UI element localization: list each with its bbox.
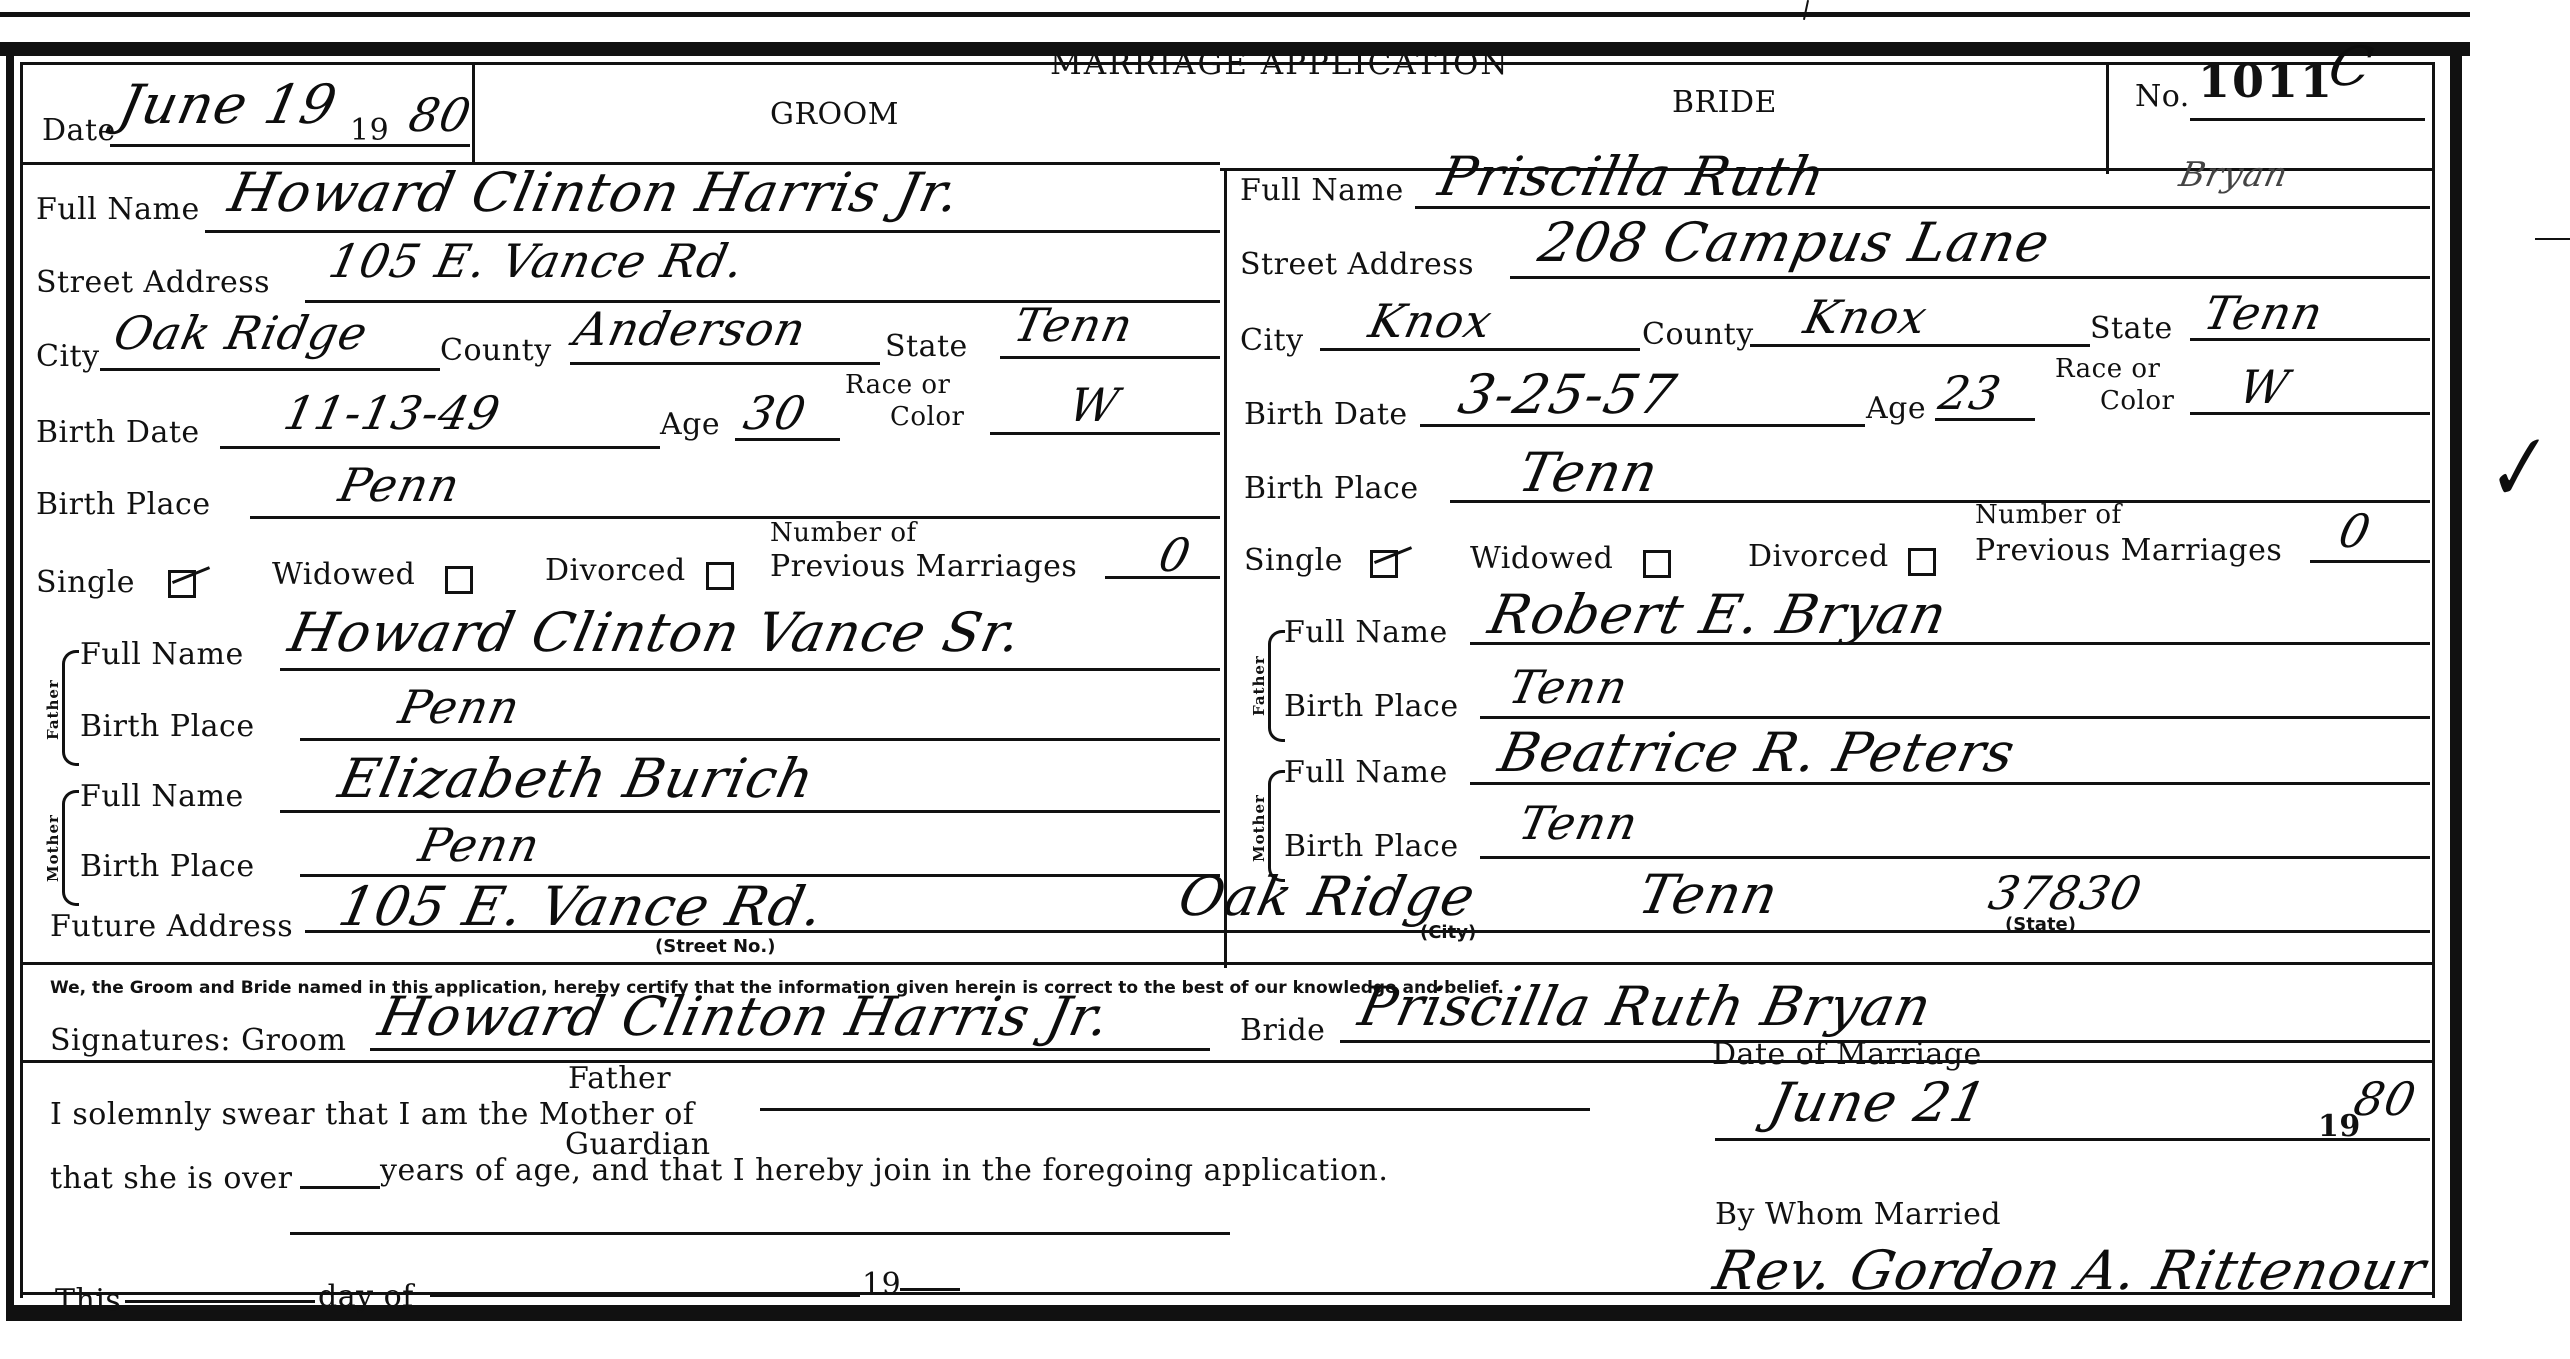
groom-age-line [735, 438, 840, 441]
date-underline [110, 144, 470, 147]
date-year-prefix: 19 [350, 116, 389, 146]
future-address-line [305, 930, 2430, 933]
bride-father-full-name-label: Full Name [1284, 618, 1448, 648]
street-no-caption: (Street No.) [655, 936, 775, 957]
form-inner-border-left [20, 62, 23, 1298]
groom-father-birth-place-line [300, 738, 1220, 741]
groom-mother-full-name-line [280, 810, 1220, 813]
signatures-bottom-border [20, 1060, 2435, 1063]
groom-race-label-2: Color [890, 404, 964, 430]
date-of-marriage-value: June 21 [1764, 1076, 1992, 1130]
future-address-label: Future Address [50, 912, 293, 942]
groom-father-full-name: Howard Clinton Vance Sr. [284, 606, 1026, 660]
bride-birth-date: 3-25-57 [1454, 368, 1681, 422]
by-whom-married-label: By Whom Married [1715, 1200, 2001, 1230]
date-of-marriage-year: 80 [2350, 1076, 2420, 1122]
groom-divorced-label: Divorced [545, 556, 686, 586]
groom-father-full-name-line [280, 668, 1220, 671]
form-title: MARRIAGE APPLICATION [1050, 46, 1510, 82]
groom-prev-marriages-label-1: Number of [770, 520, 917, 546]
groom-county: Anderson [570, 306, 810, 352]
groom-father-birth-place-label: Birth Place [80, 712, 255, 742]
bride-divorced-checkbox[interactable] [1908, 548, 1936, 576]
margin-dash-mark [2535, 238, 2570, 240]
bride-county-label: County [1642, 320, 1754, 350]
groom-birth-date-line [220, 446, 660, 449]
bride-age-label: Age [1866, 394, 1926, 424]
bride-mother-birth-place-line [1480, 856, 2430, 859]
number-underline [2190, 118, 2425, 121]
groom-father-birth-place: Penn [395, 684, 524, 730]
bride-mother-side-label: Mother [1250, 794, 1268, 862]
bride-birth-place: Tenn [1514, 446, 1663, 500]
groom-full-name: Howard Clinton Harris Jr. [224, 166, 965, 220]
groom-street: 105 E. Vance Rd. [325, 238, 748, 284]
bride-race: W [2235, 364, 2293, 410]
application-number: 1011 [2198, 54, 2334, 108]
bride-birth-date-label: Birth Date [1244, 400, 1408, 430]
bride-state-line [2190, 338, 2430, 341]
future-address-city: Oak Ridge [1174, 870, 1480, 924]
groom-birth-place-label: Birth Place [36, 490, 211, 520]
consent-line-2-start: that she is over [50, 1164, 293, 1194]
groom-state-line [1000, 356, 1220, 359]
groom-prev-marriages: 0 [1155, 532, 1195, 578]
date-year-value: 80 [405, 92, 475, 138]
bride-street-label: Street Address [1240, 250, 1474, 280]
bride-city: Knox [1365, 298, 1496, 344]
bride-single-checkbox[interactable] [1370, 550, 1398, 578]
groom-birth-place: Penn [335, 462, 464, 508]
bride-county: Knox [1800, 294, 1931, 340]
consent-year-line [900, 1288, 960, 1291]
groom-full-name-label: Full Name [36, 195, 200, 225]
form-outer-border-left [6, 42, 14, 1307]
bride-full-name-label: Full Name [1240, 176, 1404, 206]
consent-line-1: I solemnly swear that I am the Mother of [50, 1100, 694, 1130]
bride-prev-marriages: 0 [2335, 508, 2375, 554]
groom-single-label: Single [36, 568, 135, 598]
groom-prev-marriages-label-2: Previous Marriages [770, 552, 1077, 582]
bride-signature: Priscilla Ruth Bryan [1354, 980, 1936, 1034]
groom-age: 30 [740, 390, 810, 436]
bride-race-line [2190, 412, 2430, 415]
bride-divorced-label: Divorced [1748, 542, 1889, 572]
groom-widowed-label: Widowed [272, 560, 415, 590]
bride-mother-full-name-label: Full Name [1284, 758, 1448, 788]
groom-city-line [100, 368, 440, 371]
groom-county-label: County [440, 336, 552, 366]
bride-street-line [1510, 276, 2430, 279]
bride-race-label-1: Race or [2055, 356, 2160, 382]
consent-name-line [760, 1108, 1590, 1111]
groom-street-label: Street Address [36, 268, 270, 298]
bride-father-birth-place: Tenn [1505, 664, 1632, 710]
bride-prev-marriages-label-1: Number of [1975, 502, 2122, 528]
groom-mother-birth-place: Penn [415, 822, 544, 868]
groom-father-side-label: Father [44, 679, 62, 740]
consent-year-prefix: 19 [862, 1270, 901, 1300]
groom-race-line [990, 432, 1220, 435]
future-address-bottom-border [20, 962, 2435, 965]
bride-city-line [1320, 348, 1640, 351]
groom-father-full-name-label: Full Name [80, 640, 244, 670]
consent-month-line [430, 1294, 860, 1297]
groom-full-name-line [205, 230, 1220, 233]
future-address-street: 105 E. Vance Rd. [334, 880, 828, 934]
groom-race-label-1: Race or [845, 372, 950, 398]
groom-prev-marriages-line [1105, 576, 1220, 579]
number-box-divider [2106, 64, 2109, 174]
bride-mother-full-name-line [1470, 782, 2430, 785]
bride-birth-place-label: Birth Place [1244, 474, 1419, 504]
bride-prev-marriages-line [2310, 560, 2430, 563]
groom-birth-place-line [250, 516, 1220, 519]
groom-bride-divider [1224, 168, 1227, 968]
bride-full-name-extra: Bryan [2176, 158, 2291, 192]
date-box-divider [472, 64, 475, 164]
bride-mother-full-name: Beatrice R. Peters [1494, 726, 2020, 780]
date-label: Date [42, 116, 116, 146]
consent-signature-line [290, 1232, 1230, 1235]
bride-father-bracket [1268, 630, 1285, 742]
groom-county-line [570, 362, 880, 365]
groom-signature: Howard Clinton Harris Jr. [374, 990, 1115, 1044]
bride-prev-marriages-label-2: Previous Marriages [1975, 536, 2282, 566]
consent-age-line [300, 1186, 380, 1189]
bride-full-name: Priscilla Ruth [1434, 150, 1830, 204]
state-caption: (State) [2005, 914, 2076, 935]
groom-race: W [1065, 382, 1123, 428]
bride-age: 23 [1935, 370, 2005, 416]
groom-divorced-checkbox[interactable] [706, 562, 734, 590]
groom-birth-date: 11-13-49 [280, 390, 504, 436]
groom-age-label: Age [660, 410, 720, 440]
bride-heading: BRIDE [1672, 88, 1777, 118]
groom-father-bracket [62, 650, 79, 766]
date-of-marriage-line [1715, 1138, 2430, 1141]
consent-line-2-end: years of age, and that I hereby join in … [380, 1156, 1388, 1186]
number-label: No. [2135, 82, 2190, 112]
bride-father-birth-place-label: Birth Place [1284, 692, 1459, 722]
form-inner-border-right [2432, 62, 2435, 1298]
bride-single-label: Single [1244, 546, 1343, 576]
consent-day-line [125, 1300, 315, 1303]
date-of-marriage-label: Date of Marriage [1712, 1040, 1982, 1070]
groom-mother-bracket [62, 790, 79, 906]
future-address-state: Tenn [1634, 868, 1783, 922]
groom-widowed-checkbox[interactable] [445, 566, 473, 594]
bride-county-line [1750, 344, 2090, 347]
consent-day-of-label: day of [318, 1282, 414, 1312]
groom-single-checkbox[interactable] [168, 570, 196, 598]
bride-race-label-2: Color [2100, 388, 2174, 414]
bride-state: Tenn [2200, 290, 2327, 336]
bride-father-birth-place-line [1480, 716, 2430, 719]
form-outer-border-right [2450, 42, 2462, 1312]
bride-mother-birth-place-label: Birth Place [1284, 832, 1459, 862]
bride-birth-place-line [1450, 500, 2430, 503]
groom-mother-full-name: Elizabeth Burich [334, 752, 819, 806]
bride-widowed-label: Widowed [1470, 544, 1613, 574]
consent-this-label: This [55, 1286, 121, 1316]
bride-city-label: City [1240, 326, 1304, 356]
form-outer-border-top-thin [0, 12, 2470, 17]
groom-signature-line [370, 1048, 1210, 1051]
groom-mother-birth-place-label: Birth Place [80, 852, 255, 882]
bride-mother-birth-place: Tenn [1515, 800, 1642, 846]
signatures-groom-label: Signatures: Groom [50, 1026, 346, 1056]
groom-city-label: City [36, 342, 100, 372]
bride-birth-date-line [1420, 424, 1865, 427]
groom-heading: GROOM [770, 100, 899, 130]
bride-father-full-name: Robert E. Bryan [1484, 588, 1952, 642]
groom-city: Oak Ridge [110, 310, 372, 356]
city-caption: (City) [1420, 922, 1476, 943]
groom-state: Tenn [1010, 302, 1137, 348]
bride-state-label: State [2090, 314, 2173, 344]
groom-mother-side-label: Mother [44, 814, 62, 882]
officiant-signature: Rev. Gordon A. Rittenour [1709, 1244, 2431, 1298]
groom-state-label: State [885, 332, 968, 362]
signatures-bride-label: Bride [1240, 1016, 1325, 1046]
application-date-value: June 19 [114, 78, 342, 132]
consent-father-option: Father [568, 1064, 671, 1094]
bride-widowed-checkbox[interactable] [1643, 550, 1671, 578]
groom-birth-date-label: Birth Date [36, 418, 200, 448]
bride-age-line [1935, 418, 2035, 421]
bride-street: 208 Campus Lane [1534, 216, 2054, 270]
margin-check-mark-icon: ✓ [2471, 423, 2557, 518]
bride-father-side-label: Father [1250, 655, 1268, 716]
groom-mother-full-name-label: Full Name [80, 782, 244, 812]
bride-father-full-name-line [1470, 642, 2430, 645]
bride-full-name-line [1415, 206, 2430, 209]
future-address-zip: 37830 [1985, 870, 2146, 916]
